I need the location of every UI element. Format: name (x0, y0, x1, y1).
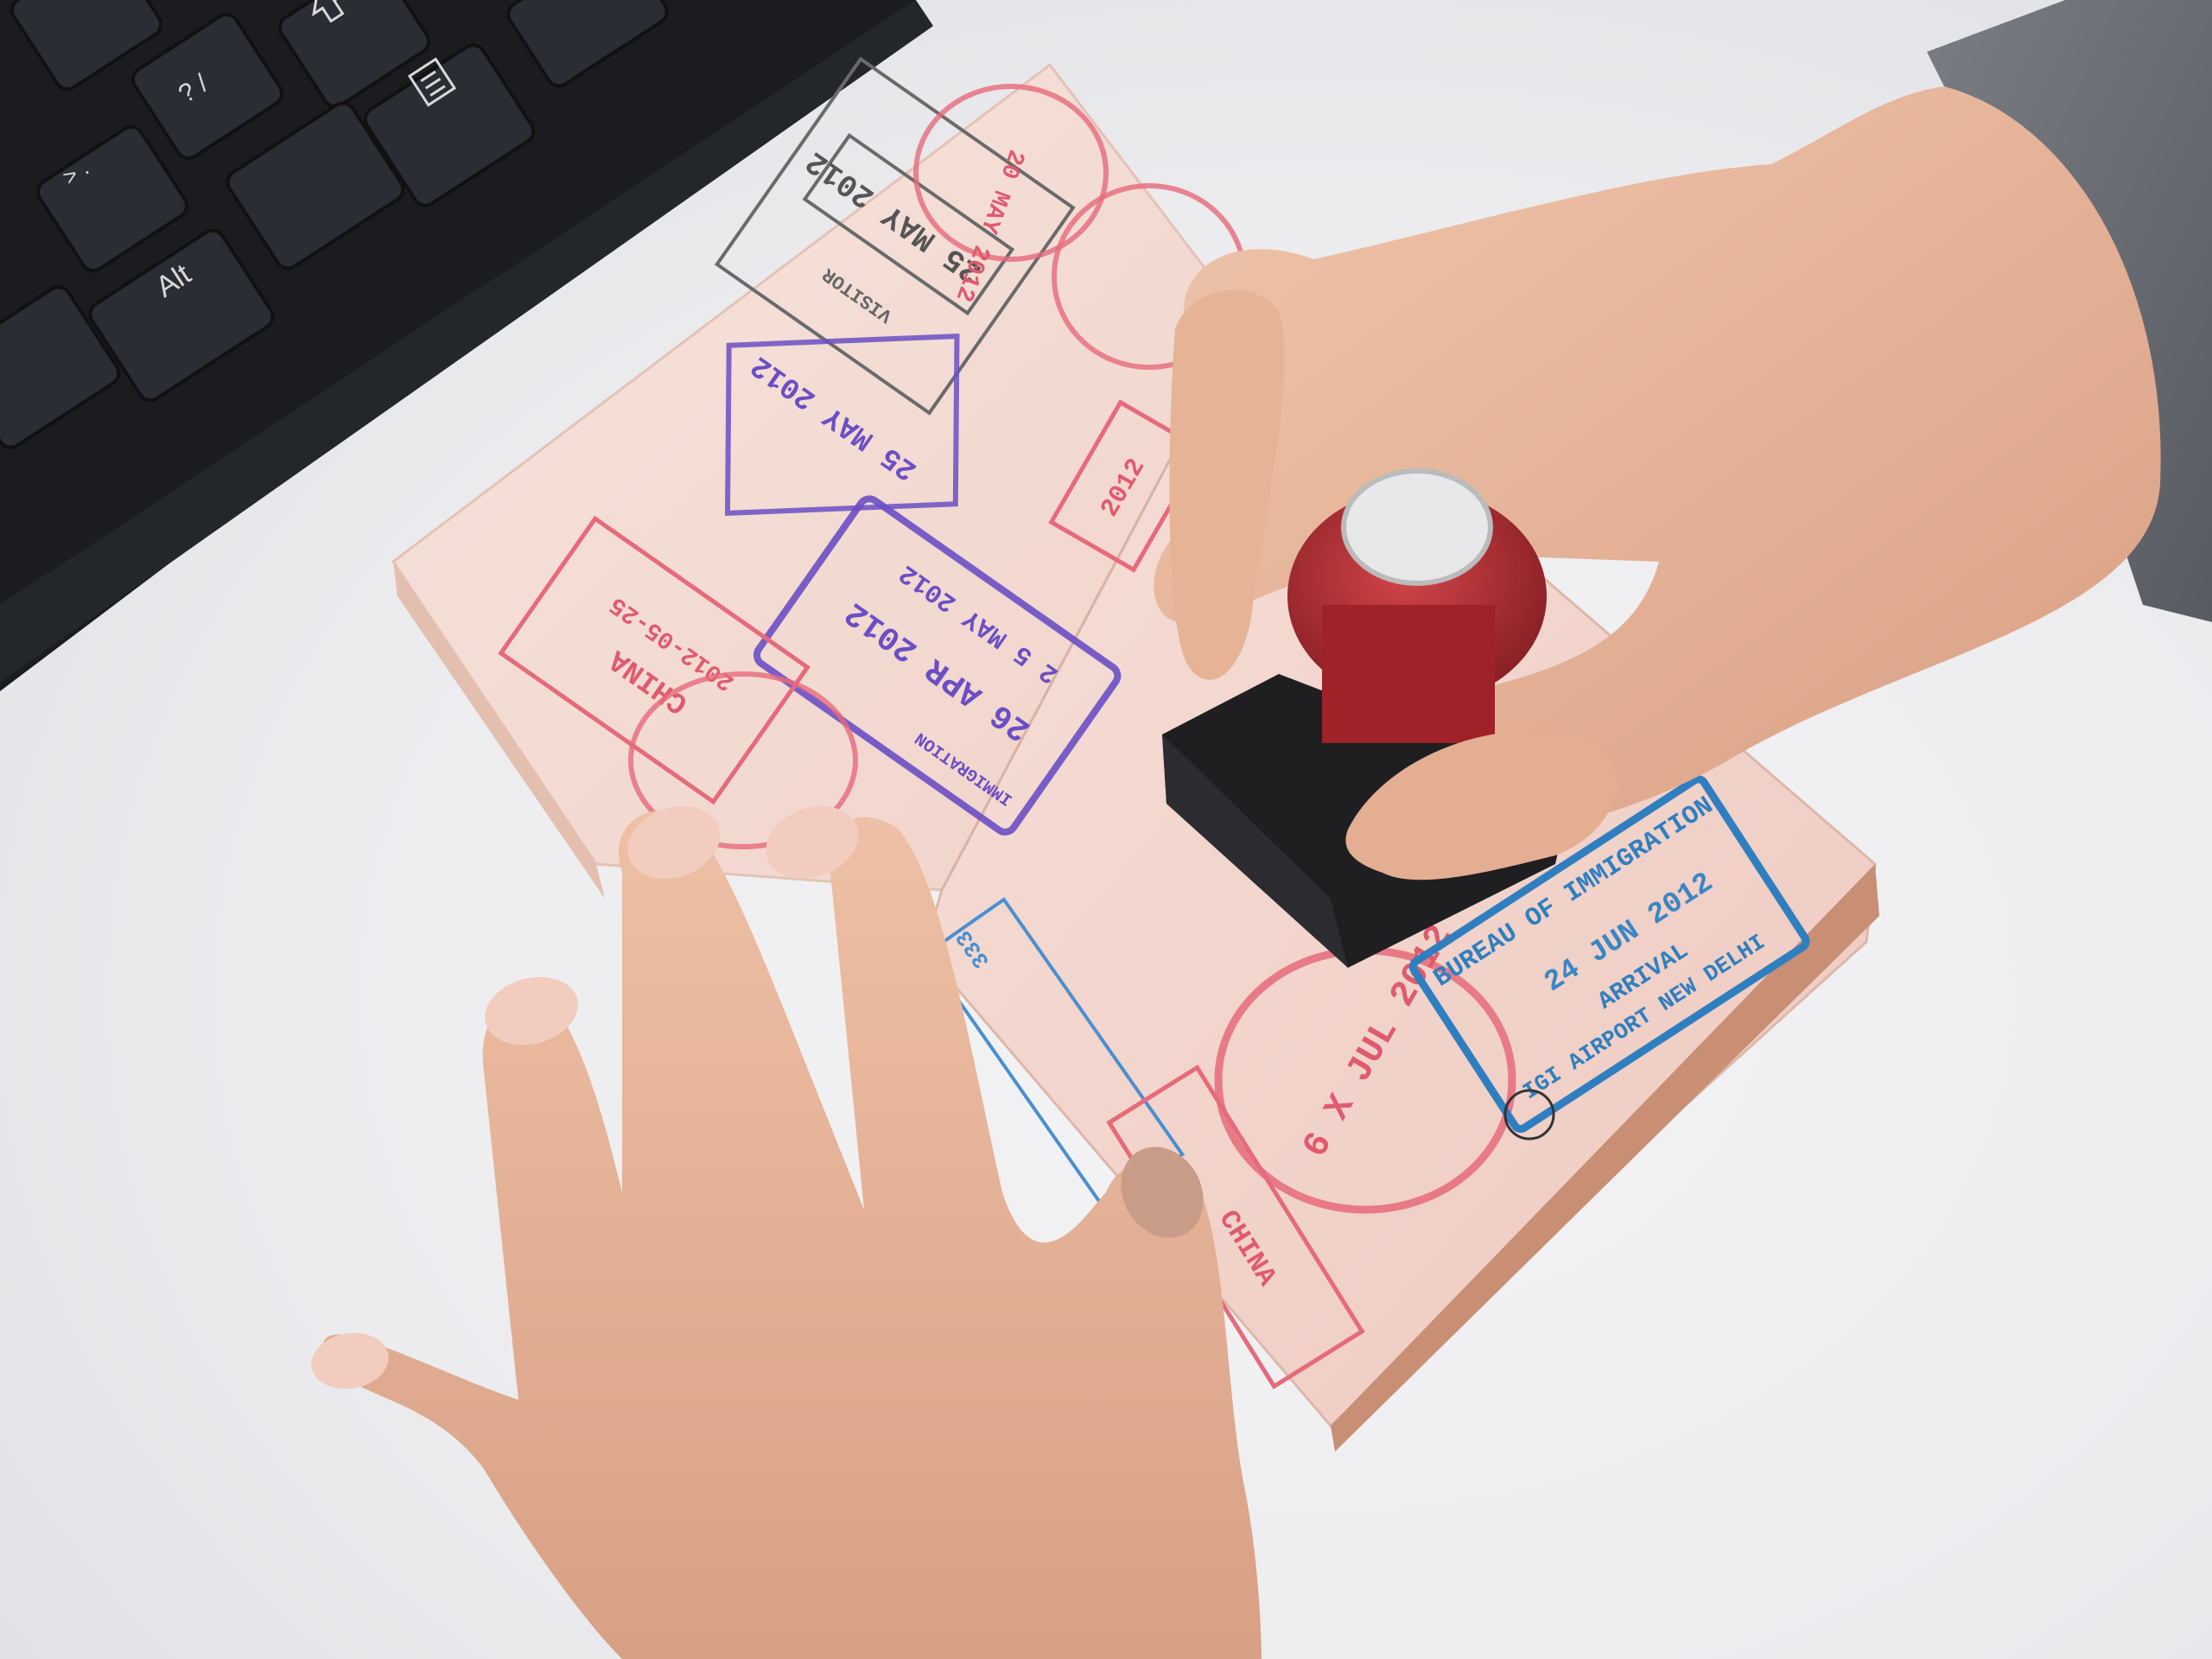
photo-canvas: Alt ? / > . 25 MAY 2012 VISITOR 20 MAY 2… (0, 0, 2212, 1659)
photo-scene: Alt ? / > . 25 MAY 2012 VISITOR 20 MAY 2… (0, 0, 2212, 1659)
stamp-handle-top (1344, 471, 1491, 583)
